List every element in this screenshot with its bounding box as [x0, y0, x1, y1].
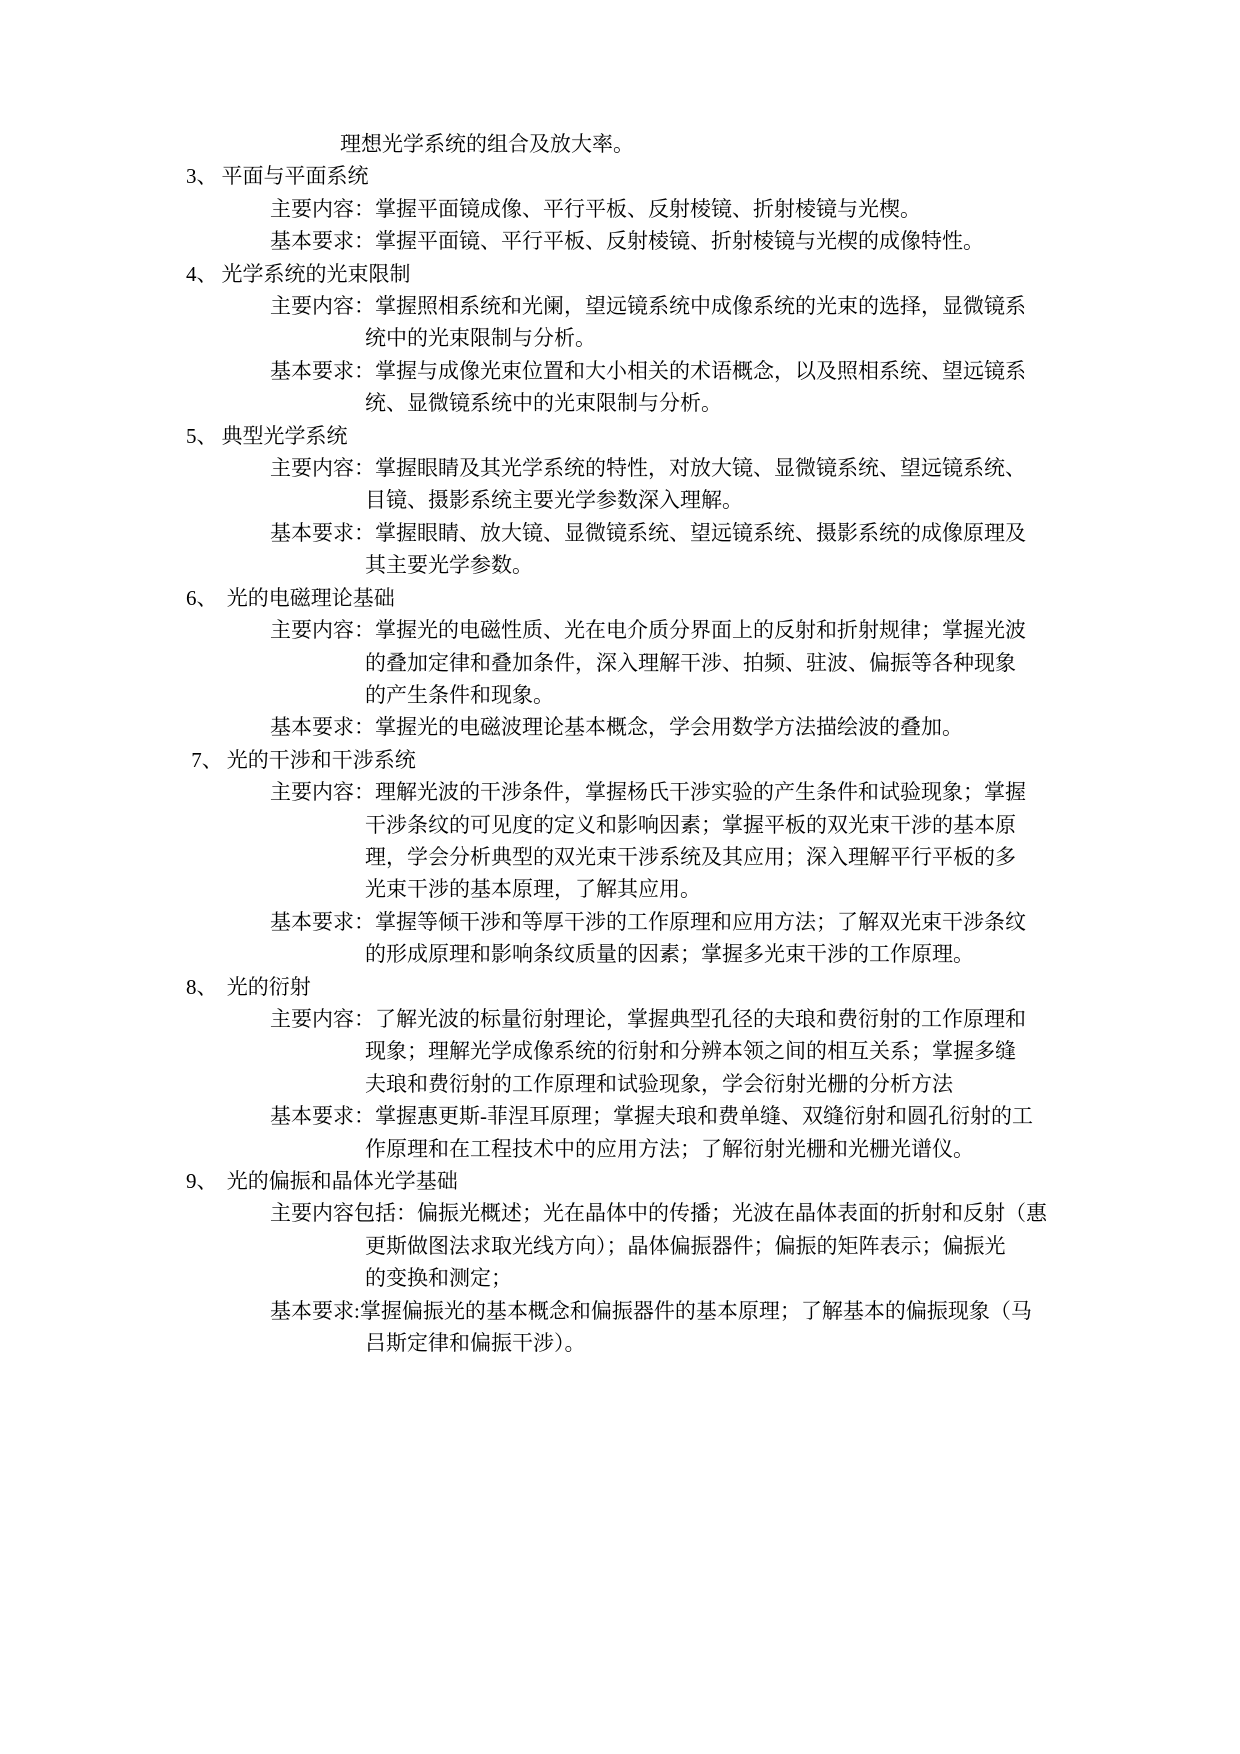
- section-5-main-content: 主要内容：掌握眼睛及其光学系统的特性，对放大镜、显微镜系统、望远镜系统、 目镜、…: [270, 452, 1235, 517]
- item-label: 基本要求:: [270, 1299, 360, 1323]
- section-7-number: 7、: [186, 748, 223, 772]
- section-4-number: 4、: [186, 262, 218, 286]
- item-label: 基本要求：: [270, 715, 375, 739]
- section-6-title: 光的电磁理论基础: [227, 586, 395, 610]
- item-label: 主要内容包括：: [270, 1201, 417, 1225]
- item-text: 了解光波的标量衍射理论，掌握典型孔径的夫琅和费衍射的工作原理和 现象；理解光学成…: [365, 1007, 1026, 1096]
- item-text: 掌握平面镜、平行平板、反射棱镜、折射棱镜与光楔的成像特性。: [375, 229, 984, 253]
- item-label: 主要内容：: [270, 618, 375, 642]
- section-7-main-content: 主要内容：理解光波的干涉条件，掌握杨氏干涉实验的产生条件和试验现象；掌握 干涉条…: [270, 776, 1235, 906]
- item-text: 掌握眼睛及其光学系统的特性，对放大镜、显微镜系统、望远镜系统、 目镜、摄影系统主…: [365, 456, 1026, 512]
- section-5-title: 典型光学系统: [222, 424, 348, 448]
- opening-line: 理想光学系统的组合及放大率。: [340, 128, 1240, 160]
- item-text: 掌握光的电磁波理论基本概念，学会用数学方法描绘波的叠加。: [375, 715, 963, 739]
- section-3-heading: 3、平面与平面系统: [186, 160, 1240, 192]
- section-5-basic-requirements: 基本要求：掌握眼睛、放大镜、显微镜系统、望远镜系统、摄影系统的成像原理及 其主要…: [270, 517, 1235, 582]
- section-5-number: 5、: [186, 424, 218, 448]
- item-text: 掌握偏振光的基本概念和偏振器件的基本原理；了解基本的偏振现象（马 吕斯定律和偏振…: [360, 1299, 1032, 1355]
- section-9-main-content: 主要内容包括：偏振光概述；光在晶体中的传播；光波在晶体表面的折射和反射（惠 更斯…: [270, 1197, 1235, 1294]
- section-9-number: 9、: [186, 1169, 223, 1193]
- document-page: 理想光学系统的组合及放大率。 3、平面与平面系统 主要内容：掌握平面镜成像、平行…: [0, 0, 1240, 1754]
- section-9-title: 光的偏振和晶体光学基础: [227, 1169, 458, 1193]
- document-content: 理想光学系统的组合及放大率。 3、平面与平面系统 主要内容：掌握平面镜成像、平行…: [0, 0, 1240, 1359]
- item-label: 基本要求：: [270, 910, 375, 934]
- item-text: 掌握平面镜成像、平行平板、反射棱镜、折射棱镜与光楔。: [375, 197, 921, 221]
- section-8-number: 8、: [186, 975, 223, 999]
- section-3-main-content: 主要内容：掌握平面镜成像、平行平板、反射棱镜、折射棱镜与光楔。: [270, 193, 1235, 225]
- section-4-basic-requirements: 基本要求：掌握与成像光束位置和大小相关的术语概念，以及照相系统、望远镜系 统、显…: [270, 355, 1235, 420]
- item-label: 主要内容：: [270, 197, 375, 221]
- item-text: 掌握惠更斯-菲涅耳原理；掌握夫琅和费单缝、双缝衍射和圆孔衍射的工 作原理和在工程…: [365, 1104, 1033, 1160]
- item-text: 掌握光的电磁性质、光在电介质分界面上的反射和折射规律；掌握光波 的叠加定律和叠加…: [365, 618, 1026, 707]
- section-8-heading: 8、 光的衍射: [186, 971, 1240, 1003]
- item-label: 主要内容：: [270, 1007, 375, 1031]
- item-label: 基本要求：: [270, 521, 375, 545]
- section-4-main-content: 主要内容：掌握照相系统和光阑，望远镜系统中成像系统的光束的选择，显微镜系 统中的…: [270, 290, 1235, 355]
- section-6-main-content: 主要内容：掌握光的电磁性质、光在电介质分界面上的反射和折射规律；掌握光波 的叠加…: [270, 614, 1235, 711]
- section-9-heading: 9、 光的偏振和晶体光学基础: [186, 1165, 1240, 1197]
- item-text: 掌握照相系统和光阑，望远镜系统中成像系统的光束的选择，显微镜系 统中的光束限制与…: [365, 294, 1026, 350]
- item-label: 主要内容：: [270, 456, 375, 480]
- section-7-basic-requirements: 基本要求：掌握等倾干涉和等厚干涉的工作原理和应用方法；了解双光束干涉条纹 的形成…: [270, 906, 1235, 971]
- section-3-title: 平面与平面系统: [222, 164, 369, 188]
- section-6-basic-requirements: 基本要求：掌握光的电磁波理论基本概念，学会用数学方法描绘波的叠加。: [270, 711, 1235, 743]
- section-9-basic-requirements: 基本要求:掌握偏振光的基本概念和偏振器件的基本原理；了解基本的偏振现象（马 吕斯…: [270, 1295, 1235, 1360]
- section-8-title: 光的衍射: [227, 975, 311, 999]
- item-text: 理解光波的干涉条件，掌握杨氏干涉实验的产生条件和试验现象；掌握 干涉条纹的可见度…: [365, 780, 1026, 901]
- item-text: 偏振光概述；光在晶体中的传播；光波在晶体表面的折射和反射（惠 更斯做图法求取光线…: [365, 1201, 1047, 1290]
- section-4-title: 光学系统的光束限制: [222, 262, 411, 286]
- section-7-heading: 7、光的干涉和干涉系统: [186, 744, 1240, 776]
- item-text: 掌握与成像光束位置和大小相关的术语概念，以及照相系统、望远镜系 统、显微镜系统中…: [365, 359, 1026, 415]
- item-label: 主要内容：: [270, 294, 375, 318]
- section-4-heading: 4、光学系统的光束限制: [186, 258, 1240, 290]
- item-label: 基本要求：: [270, 229, 375, 253]
- item-text: 掌握眼睛、放大镜、显微镜系统、望远镜系统、摄影系统的成像原理及 其主要光学参数。: [365, 521, 1026, 577]
- section-8-main-content: 主要内容：了解光波的标量衍射理论，掌握典型孔径的夫琅和费衍射的工作原理和 现象；…: [270, 1003, 1235, 1100]
- section-7-title: 光的干涉和干涉系统: [227, 748, 416, 772]
- section-3-number: 3、: [186, 164, 218, 188]
- item-label: 基本要求：: [270, 359, 375, 383]
- item-label: 基本要求：: [270, 1104, 375, 1128]
- section-3-basic-requirements: 基本要求：掌握平面镜、平行平板、反射棱镜、折射棱镜与光楔的成像特性。: [270, 225, 1235, 257]
- section-6-heading: 6、 光的电磁理论基础: [186, 582, 1240, 614]
- section-5-heading: 5、典型光学系统: [186, 420, 1240, 452]
- item-text: 掌握等倾干涉和等厚干涉的工作原理和应用方法；了解双光束干涉条纹 的形成原理和影响…: [365, 910, 1026, 966]
- section-6-number: 6、: [186, 586, 223, 610]
- item-label: 主要内容：: [270, 780, 375, 804]
- section-8-basic-requirements: 基本要求：掌握惠更斯-菲涅耳原理；掌握夫琅和费单缝、双缝衍射和圆孔衍射的工 作原…: [270, 1100, 1235, 1165]
